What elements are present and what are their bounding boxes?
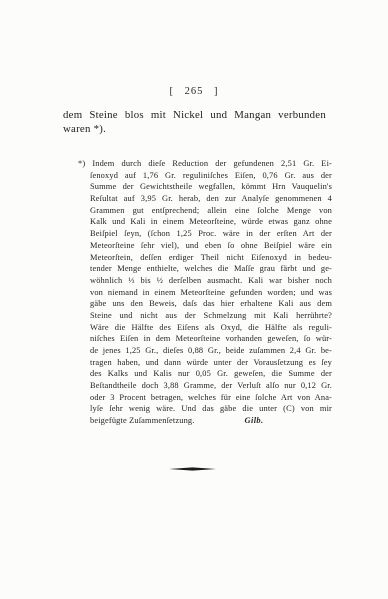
footnote-line: oder 3 Procent betragen, welches für ein… — [90, 392, 332, 404]
body-line: dem Steine blos mit Nickel und Mangan ve… — [63, 108, 326, 122]
footnote-line: ſenoxyd auf 1,76 Gr. reguliniſches Eiſen… — [90, 170, 332, 182]
footnote-line: *) Indem durch dieſe Reduction der gefun… — [78, 158, 332, 170]
body-line: waren *). — [63, 122, 326, 136]
footnote-line: tragen haben, und dann würde unter der V… — [90, 357, 332, 369]
footnote-closing-text: beigefügte Zuſammenſetzung. — [90, 416, 195, 425]
footnote-line: niſches Eiſen in dem Meteorſteine vorhan… — [90, 333, 332, 345]
footnote-line: des Kalks und Kalis nur 0,05 Gr. geweſen… — [90, 368, 332, 380]
footnote-line: Meteorſteine ſehr viel), und eben ſo ohn… — [90, 240, 332, 252]
footnote-signature: Gilb. — [245, 416, 264, 425]
footnote-line: gäbe uns den Beweis, daſs das hier erhal… — [90, 298, 332, 310]
footnote-line: beigefügte Zuſammenſetzung.Gilb. — [90, 415, 332, 427]
footnote-line: de jenes 1,25 Gr., dieſes 0,88 Gr., beid… — [90, 345, 332, 357]
footnote-line: lyſe ſehr wenig wäre. Und das gäbe die u… — [90, 403, 332, 415]
footnote-block: *) Indem durch dieſe Reduction der gefun… — [78, 158, 332, 427]
footnote-line: Grammen gut entſprechend; allein eine ſo… — [90, 205, 332, 217]
footnote-line: Summe der Gewichtstheile wegfallen, kömm… — [90, 181, 332, 193]
body-text: dem Steine blos mit Nickel und Mangan ve… — [63, 108, 326, 136]
footnote-line: tender Menge enthielte, welches die Maſſ… — [90, 263, 332, 275]
swelled-rule-icon — [169, 466, 216, 472]
footnote-line: Beſtandtheile doch 3,88 Gramme, der Verl… — [90, 380, 332, 392]
page-number: [ 265 ] — [0, 86, 388, 97]
section-divider — [169, 466, 216, 472]
footnote-line: Wäre die Hälfte des Eiſens als Oxyd, die… — [90, 322, 332, 334]
footnote-line: wöhnlich ⅓ bis ½ derſelben ausmacht. Kal… — [90, 275, 332, 287]
scanned-book-page: [ 265 ] dem Steine blos mit Nickel und M… — [0, 0, 388, 599]
footnote-line: von niemand in einem Meteorſteine gefund… — [90, 287, 332, 299]
footnote-line: Beiſpiel ſeyn, (ſchon 1,25 Proc. wäre in… — [90, 228, 332, 240]
footnote-line: Meteorſtein, deſſen erdiger Theil nicht … — [90, 252, 332, 264]
footnote-line: Kalk und Kali in einem Meteorſteine, wür… — [90, 216, 332, 228]
footnote-line: Reſultat auf 3,95 Gr. herab, den zur Ana… — [90, 193, 332, 205]
footnote-line: Steine und nicht aus der Schmelzung mit … — [90, 310, 332, 322]
